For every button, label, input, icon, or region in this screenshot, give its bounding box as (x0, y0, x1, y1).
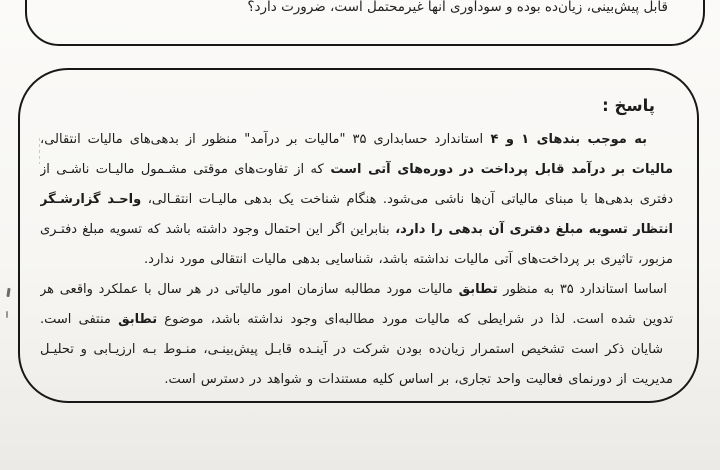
text-segment: شایان ذکر است تشخیص استمرار زیان‌ده بودن… (40, 342, 663, 357)
bold-text-segment: مالیات بر درآمد قابل پرداخت در دوره‌های … (324, 162, 673, 177)
answer-lines: به موجب بندهای ۱ و ۴ استاندارد حسابداری … (40, 125, 673, 395)
scan-speck (6, 311, 8, 318)
bold-text-segment: به موجب بندهای ۱ و ۴ (483, 132, 647, 147)
text-segment: اساسا استاندارد ۳۵ به منظور (498, 282, 667, 297)
answer-text-line: انتظار تسویه مبلغ دفتری آن بدهی را دارد،… (40, 215, 673, 245)
answer-text-line: دفتری بدهی‌ها با مبنای مالیاتی آن‌ها ناش… (40, 185, 673, 215)
answer-text-line: اساسا استاندارد ۳۵ به منظور تطابق مالیات… (40, 275, 673, 305)
scan-fold-line (39, 138, 40, 164)
bold-text-segment: تطابق (118, 312, 157, 327)
bold-text-segment: انتظار تسویه مبلغ دفتری آن بدهی را دارد، (390, 222, 673, 237)
text-segment: مزبور، تاثیری بر پرداخت‌های آتی مالیات ن… (144, 252, 673, 267)
scanned-document-page: { "colors": { "paper": "#f8f7f4", "ink":… (0, 0, 720, 470)
answer-text-line: مدیریت از دورنمای فعالیت واحد تجاری، بر … (40, 365, 673, 395)
answer-text-line: تدوین شده است. لذا در شرایطی که مالیات م… (40, 305, 673, 335)
answer-text-line: به موجب بندهای ۱ و ۴ استاندارد حسابداری … (40, 125, 673, 155)
bold-text-segment: واحـد گزارشـگر (40, 192, 141, 207)
answer-box: پاسخ : به موجب بندهای ۱ و ۴ استاندارد حس… (18, 68, 699, 403)
text-segment: دفتری بدهی‌ها با مبنای مالیاتی آن‌ها ناش… (141, 192, 673, 207)
text-segment: بنابراین اگر این احتمال وجود داشته باشد … (40, 222, 390, 237)
answer-text-line: شایان ذکر است تشخیص استمرار زیان‌ده بودن… (40, 335, 673, 365)
answer-text-line: مالیات بر درآمد قابل پرداخت در دوره‌های … (40, 155, 673, 185)
answer-text-line: مزبور، تاثیری بر پرداخت‌های آتی مالیات ن… (40, 245, 673, 275)
text-segment: مدیریت از دورنمای فعالیت واحد تجاری، بر … (164, 372, 673, 387)
bold-text-segment: تطابق (459, 282, 498, 297)
text-segment: تدوین شده است. لذا در شرایطی که مالیات م… (157, 312, 673, 327)
scan-speck (6, 288, 10, 297)
text-segment: منتفی است. (40, 312, 118, 327)
question-last-line: قابل پیش‌بینی، زیان‌ده بوده و سودآوری آن… (48, 0, 668, 17)
answer-heading: پاسخ : (20, 95, 655, 117)
text-segment: استاندارد حسابداری ۳۵ "مالیات بر درآمد" … (40, 132, 483, 147)
